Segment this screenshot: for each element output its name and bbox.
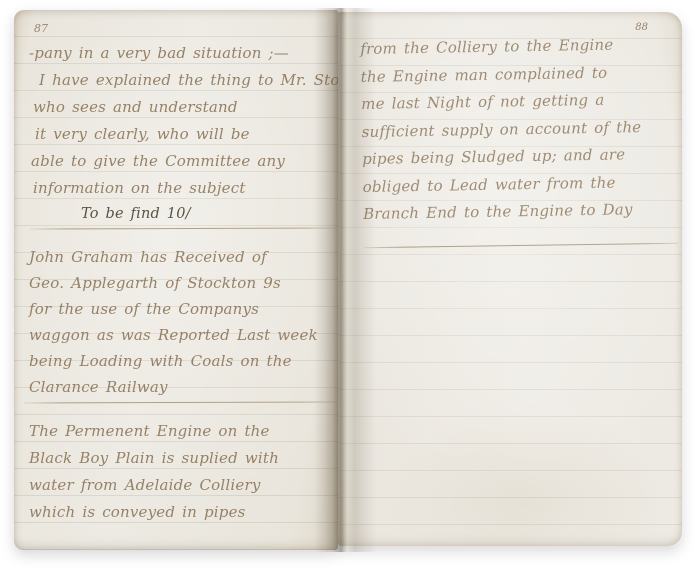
manuscript-line: water from Adelaide Colliery (29, 472, 333, 499)
manuscript-line: Geo. Applegarth of Stockton 9s (29, 270, 333, 296)
manuscript-line: Black Boy Plain is suplied with (29, 445, 333, 472)
manuscript-line: able to give the Committee any (31, 148, 333, 175)
manuscript-line: who sees and understand (33, 94, 333, 121)
manuscript-line: I have explained the thing to Mr. Storey (39, 67, 333, 94)
ink-divider (24, 401, 336, 403)
manuscript-line: information on the subject (33, 175, 333, 202)
manuscript-line: Clarance Railway (29, 374, 333, 400)
ink-divider (364, 243, 678, 248)
right-page: 88 from the Colliery to the Engine the E… (338, 12, 682, 546)
manuscript-line: -pany in a very bad situation ;— (29, 40, 333, 67)
manuscript-line: for the use of the Companys (29, 296, 333, 322)
left-page-entry-3: The Permenent Engine on the Black Boy Pl… (29, 418, 333, 526)
left-page-entry-1: -pany in a very bad situation ;— I have … (29, 40, 333, 226)
page-number-left: 87 (34, 22, 48, 35)
manuscript-line: which is conveyed in pipes (29, 499, 333, 526)
right-page-entry-1: from the Colliery to the Engine the Engi… (360, 31, 677, 229)
manuscript-book: 87 -pany in a very bad situation ;— I ha… (14, 8, 682, 552)
ink-divider (30, 227, 336, 229)
left-page: 87 -pany in a very bad situation ;— I ha… (14, 10, 338, 550)
fine-annotation-line: To be find 10/ (81, 202, 333, 226)
manuscript-line: it very clearly, who will be (35, 121, 333, 148)
manuscript-line: John Graham has Received of (29, 244, 333, 270)
manuscript-line: Branch End to the Engine to Day (363, 195, 677, 228)
manuscript-line: being Loading with Coals on the (29, 348, 333, 374)
manuscript-line: The Permenent Engine on the (29, 418, 333, 445)
left-page-entry-2: John Graham has Received of Geo. Applega… (29, 244, 333, 400)
manuscript-line: waggon as was Reported Last week (29, 322, 333, 348)
